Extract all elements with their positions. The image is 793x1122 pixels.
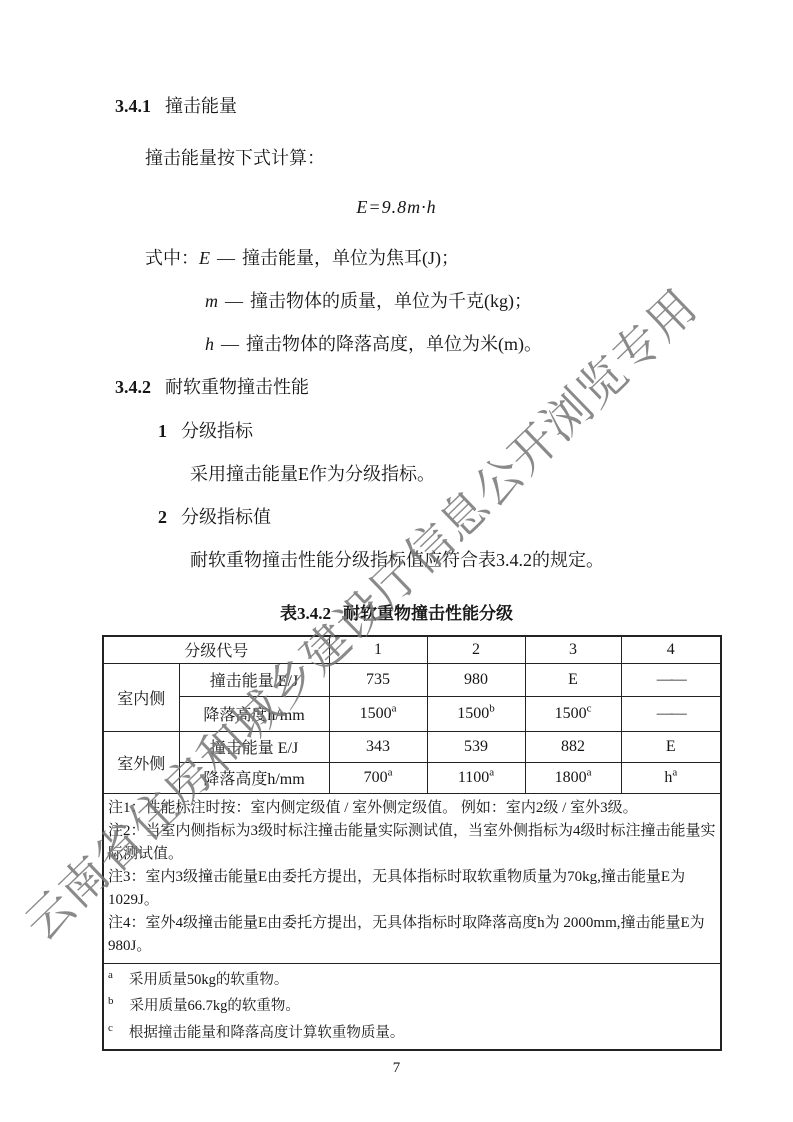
table-cell: ha — [621, 762, 721, 793]
performance-grading-table: 分级代号 1 2 3 4 室内侧 撞击能量 E/J 735 980 E —— 降… — [102, 635, 722, 1051]
clause-title: 撞击能量 — [165, 96, 237, 116]
item-1-body: 采用撞击能量E作为分级指标。 — [190, 463, 435, 486]
symbol-E: E — [199, 248, 210, 268]
definition-line-h: h—撞击物体的降落高度，单位为米(m)。 — [205, 333, 542, 356]
table-footnotes: a采用质量50kg的软重物。 b采用质量66.7kg的软重物。 c根据撞击能量和… — [103, 963, 721, 1050]
param-label: 撞击能量 E/J — [179, 731, 329, 762]
clause-3-4-1-heading: 3.4.1撞击能量 — [115, 95, 237, 118]
where-label: 式中： — [145, 248, 199, 268]
grade-3-header: 3 — [525, 636, 621, 663]
param-label: 降落高度h/mm — [179, 696, 329, 731]
clause-number: 3.4.2 — [115, 377, 151, 397]
table-caption-label: 表3.4.2 — [280, 604, 331, 623]
table-cell: 1500b — [427, 696, 525, 731]
item-number: 1 — [158, 421, 167, 441]
item-1-heading: 1分级指标 — [158, 420, 253, 443]
grade-4-header: 4 — [621, 636, 721, 663]
table-caption-title: 耐软重物撞击性能分级 — [343, 604, 513, 623]
table-row: 室外侧 撞击能量 E/J 343 539 882 E — [103, 731, 721, 762]
table-row: 降落高度h/mm 1500a 1500b 1500c —— — [103, 696, 721, 731]
definition-text-E: 撞击能量，单位为焦耳(J)； — [242, 248, 459, 268]
item-2-body: 耐软重物撞击性能分级指标值应符合表3.4.2的规定。 — [190, 549, 604, 572]
outdoor-side-label: 室外侧 — [103, 731, 179, 793]
clause-3-4-2-heading: 3.4.2耐软重物撞击性能 — [115, 376, 309, 399]
table-cell: 1500c — [525, 696, 621, 731]
clause-number: 3.4.1 — [115, 96, 151, 116]
table-notes-row: 注1：性能标注时按：室内侧定级值 / 室外侧定级值。 例如：室内2级 / 室外3… — [103, 793, 721, 963]
item-2-heading: 2分级指标值 — [158, 506, 271, 529]
table-cell: 1500a — [329, 696, 427, 731]
footnote-b: b采用质量66.7kg的软重物。 — [108, 993, 716, 1020]
impact-energy-formula: E=9.8m·h — [0, 197, 793, 218]
symbol-h: h — [205, 334, 214, 354]
definition-dash: — — [218, 291, 250, 311]
table-cell: E — [525, 663, 621, 696]
table-note-3: 注3：室内3级撞击能量E由委托方提出，无具体指标时取软重物质量为70kg,撞击能… — [108, 866, 716, 912]
table-cell: 1100a — [427, 762, 525, 793]
table-row: 降落高度h/mm 700a 1100a 1800a ha — [103, 762, 721, 793]
footnote-c: c根据撞击能量和降落高度计算软重物质量。 — [108, 1020, 716, 1047]
clause-title: 耐软重物撞击性能 — [165, 377, 309, 397]
table-cell: E — [621, 731, 721, 762]
table-cell: 1800a — [525, 762, 621, 793]
item-title: 分级指标值 — [181, 507, 271, 527]
table-caption: 表3.4.2耐软重物撞击性能分级 — [0, 599, 793, 624]
item-title: 分级指标 — [181, 421, 253, 441]
item-number: 2 — [158, 507, 167, 527]
table-cell: —— — [621, 663, 721, 696]
indoor-side-label: 室内侧 — [103, 663, 179, 731]
page-number: 7 — [0, 1060, 793, 1077]
table-footnotes-row: a采用质量50kg的软重物。 b采用质量66.7kg的软重物。 c根据撞击能量和… — [103, 963, 721, 1050]
symbol-m: m — [205, 291, 218, 311]
param-label: 降落高度h/mm — [179, 762, 329, 793]
formula-intro: 撞击能量按下式计算： — [145, 147, 325, 170]
table-cell: —— — [621, 696, 721, 731]
table-note-1: 注1：性能标注时按：室内侧定级值 / 室外侧定级值。 例如：室内2级 / 室外3… — [108, 797, 716, 820]
definition-line-m: m—撞击物体的质量，单位为千克(kg)； — [205, 290, 532, 313]
table-cell: 980 — [427, 663, 525, 696]
table-note-4: 注4：室外4级撞击能量E由委托方提出，无具体指标时取降落高度h为 2000mm,… — [108, 912, 716, 958]
definition-text-h: 撞击物体的降落高度，单位为米(m)。 — [246, 334, 542, 354]
definition-dash: — — [210, 248, 242, 268]
definition-line-E: 式中：E—撞击能量，单位为焦耳(J)； — [145, 247, 459, 270]
table-header-row: 分级代号 1 2 3 4 — [103, 636, 721, 663]
footnote-a: a采用质量50kg的软重物。 — [108, 967, 716, 994]
table-cell: 882 — [525, 731, 621, 762]
table-notes: 注1：性能标注时按：室内侧定级值 / 室外侧定级值。 例如：室内2级 / 室外3… — [103, 793, 721, 963]
table-cell: 700a — [329, 762, 427, 793]
definition-dash: — — [214, 334, 246, 354]
param-label: 撞击能量 E/J — [179, 663, 329, 696]
grade-2-header: 2 — [427, 636, 525, 663]
document-page: 云南省住房和城乡建设厅信息公开浏览专用 3.4.1撞击能量 撞击能量按下式计算：… — [0, 0, 793, 1122]
table-cell: 539 — [427, 731, 525, 762]
table-note-2: 注2：当室内侧指标为3级时标注撞击能量实际测试值，当室外侧指标为4级时标注撞击能… — [108, 820, 716, 866]
grade-1-header: 1 — [329, 636, 427, 663]
grade-code-header: 分级代号 — [103, 636, 329, 663]
table-cell: 735 — [329, 663, 427, 696]
table-row: 室内侧 撞击能量 E/J 735 980 E —— — [103, 663, 721, 696]
definition-text-m: 撞击物体的质量，单位为千克(kg)； — [250, 291, 532, 311]
table-cell: 343 — [329, 731, 427, 762]
